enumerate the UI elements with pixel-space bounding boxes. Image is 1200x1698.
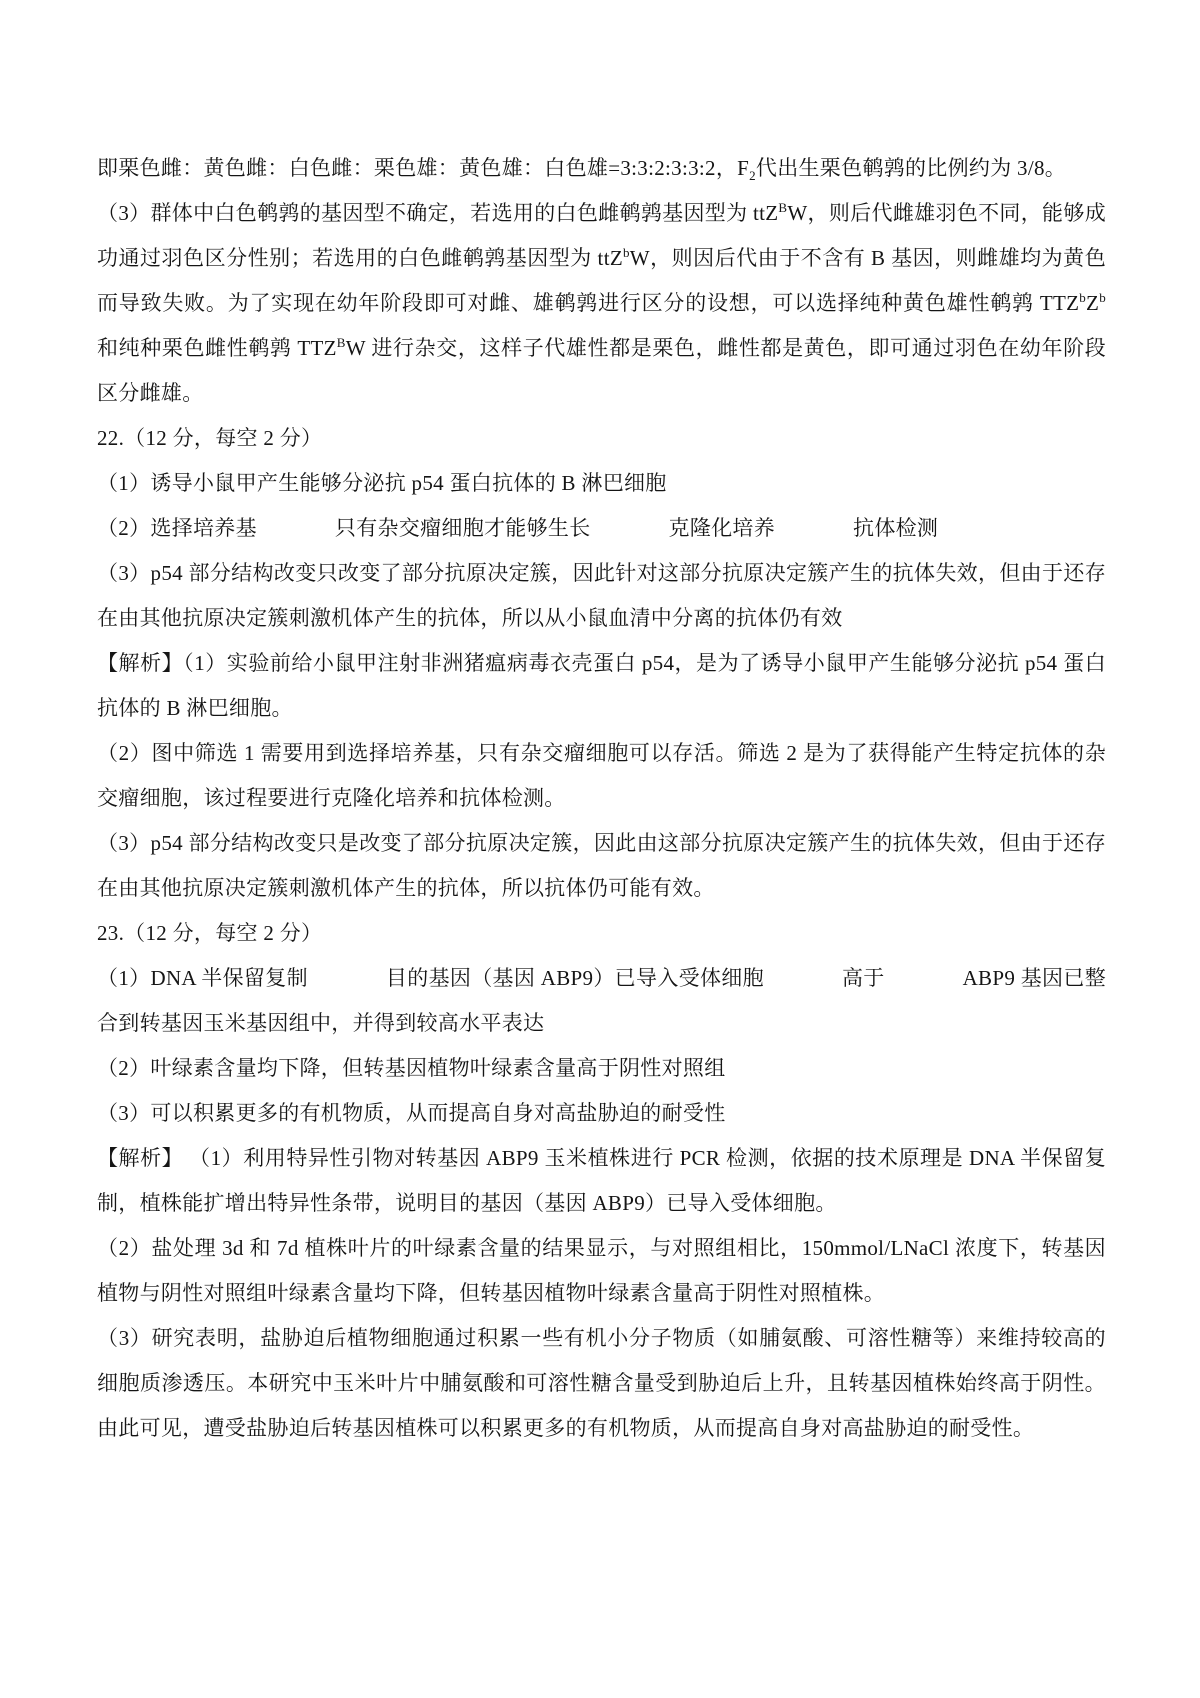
q21-answer-part3: （3）群体中白色鹌鹑的基因型不确定，若选用的白色雌鹌鹑基因型为 ttZBW，则后… (97, 191, 1106, 416)
text-run: （2）盐处理 3d 和 7d 植株叶片的叶绿素含量的结果显示，与对照组相比，15… (97, 1236, 1106, 1305)
text-run: （2）图中筛选 1 需要用到选择培养基，只有杂交瘤细胞可以存活。筛选 2 是为了… (97, 741, 1106, 810)
text-run: （2）选择培养基 (97, 516, 257, 540)
text-run: （3）可以积累更多的有机物质，从而提高自身对高盐胁迫的耐受性 (97, 1101, 726, 1125)
text-run: （3）p54 部分结构改变只改变了部分抗原决定簇，因此针对这部分抗原决定簇产生的… (97, 561, 1106, 630)
text-run: Z (1086, 291, 1099, 315)
q23-answer-1: （1）DNA 半保留复制目的基因（基因 ABP9）已导入受体细胞高于ABP9 基… (97, 956, 1106, 1046)
text-run: 【解析】（1）实验前给小鼠甲注射非洲猪瘟病毒衣壳蛋白 p54，是为了诱导小鼠甲产… (97, 651, 1106, 720)
subscript-generation: 2 (749, 168, 756, 183)
q22-answer-1: （1）诱导小鼠甲产生能够分泌抗 p54 蛋白抗体的 B 淋巴细胞 (97, 461, 1106, 506)
q23-answer-3: （3）可以积累更多的有机物质，从而提高自身对高盐胁迫的耐受性 (97, 1091, 1106, 1136)
document-page: 即栗色雌：黄色雌：白色雌：栗色雄：黄色雄：白色雄=3:3:2:3:3:2，F2代… (0, 0, 1200, 1698)
q22-answer-3: （3）p54 部分结构改变只改变了部分抗原决定簇，因此针对这部分抗原决定簇产生的… (97, 551, 1106, 641)
answer-blank-entry: 抗体检测 (853, 516, 938, 540)
text-run: （1）DNA 半保留复制 (97, 966, 308, 990)
text-run: 即栗色雌：黄色雌：白色雌：栗色雄：黄色雄：白色雄=3:3:2:3:3:2，F (97, 156, 749, 180)
q22-answer-2: （2）选择培养基只有杂交瘤细胞才能够生长克隆化培养抗体检测 (97, 506, 1106, 551)
text-run: （1）诱导小鼠甲产生能够分泌抗 p54 蛋白抗体的 B 淋巴细胞 (97, 471, 667, 495)
superscript-allele: b (623, 245, 630, 260)
q22-analysis-3: （3）p54 部分结构改变只是改变了部分抗原决定簇，因此由这部分抗原决定簇产生的… (97, 821, 1106, 911)
superscript-allele: b (1099, 290, 1106, 305)
q22-analysis-2: （2）图中筛选 1 需要用到选择培养基，只有杂交瘤细胞可以存活。筛选 2 是为了… (97, 731, 1106, 821)
q23-answer-2: （2）叶绿素含量均下降，但转基因植物叶绿素含量高于阴性对照组 (97, 1046, 1106, 1091)
text-run: （3）群体中白色鹌鹑的基因型不确定，若选用的白色雌鹌鹑基因型为 ttZ (97, 201, 778, 225)
text-run: （2）叶绿素含量均下降，但转基因植物叶绿素含量高于阴性对照组 (97, 1056, 726, 1080)
text-run: （3）p54 部分结构改变只是改变了部分抗原决定簇，因此由这部分抗原决定簇产生的… (97, 831, 1106, 900)
q23-analysis-2: （2）盐处理 3d 和 7d 植株叶片的叶绿素含量的结果显示，与对照组相比，15… (97, 1226, 1106, 1316)
text-run: 23.（12 分，每空 2 分） (97, 921, 322, 945)
text-run: 【解析】 （1）利用特异性引物对转基因 ABP9 玉米植株进行 PCR 检测，依… (97, 1146, 1106, 1215)
q23-analysis-1: 【解析】 （1）利用特异性引物对转基因 ABP9 玉米植株进行 PCR 检测，依… (97, 1136, 1106, 1226)
superscript-allele: B (337, 335, 346, 350)
q23-analysis-3: （3）研究表明，盐胁迫后植物细胞通过积累一些有机小分子物质（如脯氨酸、可溶性糖等… (97, 1316, 1106, 1451)
answer-blank-entry: 高于 (842, 966, 885, 990)
q22-analysis-1: 【解析】（1）实验前给小鼠甲注射非洲猪瘟病毒衣壳蛋白 p54，是为了诱导小鼠甲产… (97, 641, 1106, 731)
text-run: （3）研究表明，盐胁迫后植物细胞通过积累一些有机小分子物质（如脯氨酸、可溶性糖等… (97, 1326, 1106, 1440)
q21-ratio-continuation: 即栗色雌：黄色雌：白色雌：栗色雄：黄色雄：白色雄=3:3:2:3:3:2，F2代… (97, 146, 1106, 191)
text-run: 22.（12 分，每空 2 分） (97, 426, 322, 450)
document-body: 即栗色雌：黄色雌：白色雌：栗色雄：黄色雄：白色雄=3:3:2:3:3:2，F2代… (97, 146, 1106, 1451)
answer-blank-entry: 目的基因（基因 ABP9）已导入受体细胞 (386, 966, 764, 990)
q22-header: 22.（12 分，每空 2 分） (97, 416, 1106, 461)
text-run: 和纯种栗色雌性鹌鹑 TTZ (97, 336, 337, 360)
answer-blank-entry: 克隆化培养 (669, 516, 776, 540)
text-run: 代出生栗色鹌鹑的比例约为 3/8。 (756, 156, 1066, 180)
q23-header: 23.（12 分，每空 2 分） (97, 911, 1106, 956)
answer-blank-entry: 只有杂交瘤细胞才能够生长 (335, 516, 591, 540)
